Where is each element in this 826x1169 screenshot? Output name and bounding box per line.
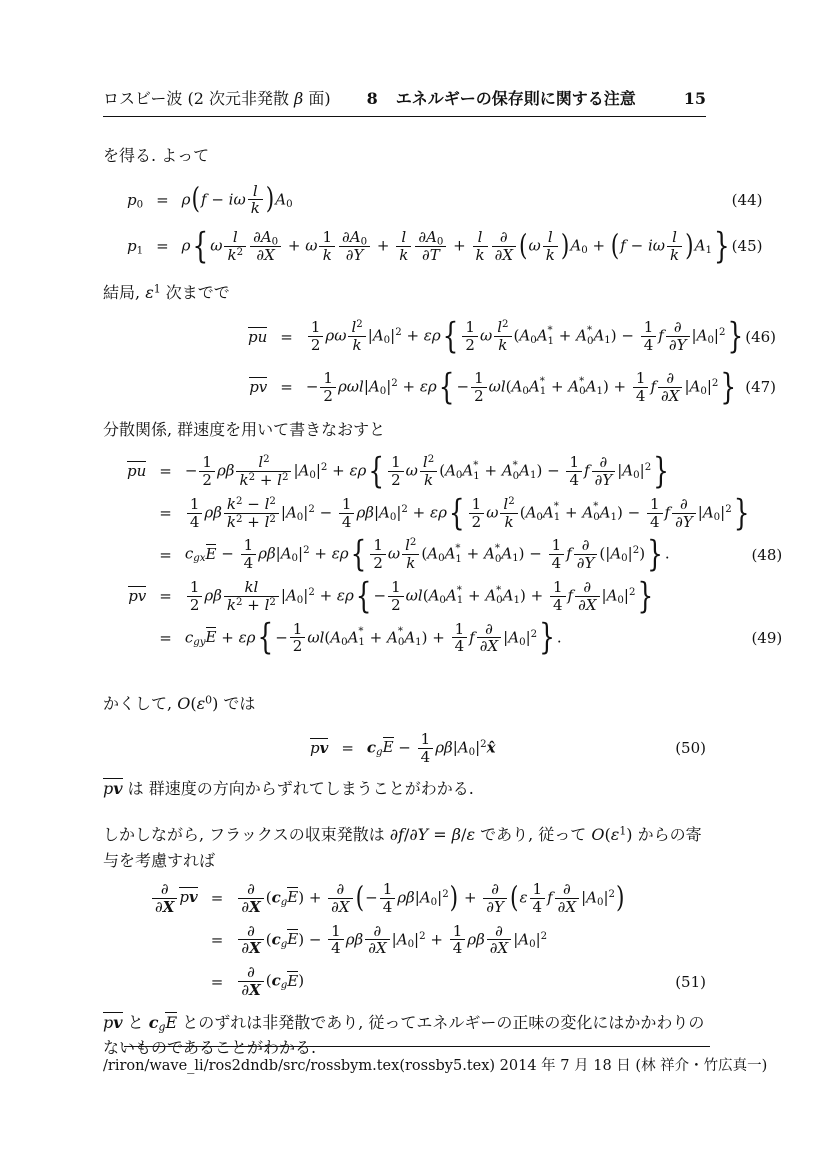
equation-relation: = [146, 460, 185, 482]
equation-rhs: ∂∂X(cgE) − 14ρβ∂∂X|A0|2 + 14ρβ∂∂X|A0|2 [236, 921, 675, 960]
equation-number: (47) [745, 376, 776, 398]
equation-number: (50) [675, 737, 706, 759]
equation-lhs: pv [248, 376, 267, 398]
equation-number: (51) [675, 971, 706, 993]
equation-rhs: ρ(f − iωlk)A0 [182, 181, 732, 220]
equation-number [675, 938, 706, 942]
equation-rhs: cgxE − 14ρβ|A0|2 + ερ{12ωl2k(A0A*1 + A*0… [185, 535, 752, 574]
equation-relation: = [143, 189, 182, 211]
equation-group-48-49: pu=−12ρβl2k2 + l2|A0|2 + ερ{12ωl2k(A0A*1… [127, 452, 706, 657]
equation-lhs: pu [127, 460, 146, 482]
equation-lhs: p0 [127, 189, 143, 211]
equation-rhs: −12ρωl|A0|2 + ερ{−12ωl(A0A*1 + A*0A1) + … [306, 368, 745, 407]
page-header: ロスビー波 (2 次元非発散 β 面) 8 エネルギーの保存則に関する注意 15 [103, 86, 706, 109]
equation-rhs: 14ρβk2 − l2k2 + l2|A0|2 − 14ρβ|A0|2 + ερ… [185, 494, 752, 533]
paragraph-however-flux: しかしながら, フラックスの収束発散は ∂f/∂Y = β/ε であり, 従って… [103, 822, 706, 873]
equation-lhs: pu [248, 326, 267, 348]
equation-rhs: cgyE + ερ{−12ωl(A0A*1 + A*0A1) + 14f∂∂X|… [185, 619, 752, 658]
equation-relation: = [146, 627, 185, 649]
page-number: 15 [684, 89, 706, 108]
equation-number: (45) [732, 235, 763, 257]
equation-lhs [127, 511, 146, 515]
paragraph-order-epsilon: 結局, ε1 次までで [103, 280, 706, 306]
paragraph-dispersion: 分散関係, 群速度を用いて書きなおすと [103, 417, 706, 443]
equation-lhs: pv [127, 585, 146, 607]
section-title: エネルギーの保存則に関する注意 [396, 86, 636, 109]
equation-relation: = [328, 737, 367, 759]
equation-number: (48) [751, 544, 782, 566]
equation-lhs [150, 980, 198, 984]
equation-number [751, 594, 782, 598]
paragraph-group-velocity: pv は 群速度の方向からずれてしまうことがわかる. [103, 776, 706, 802]
equation-relation: = [146, 585, 185, 607]
equation-relation: = [267, 376, 306, 398]
equation-relation: = [267, 326, 306, 348]
equation-rhs: ∂∂X(cgE) + ∂∂X(−14ρβ|A0|2) + ∂∂Y(ε14f∂∂X… [236, 879, 675, 918]
header-rule [103, 116, 706, 117]
equation-rhs: cgE − 14ρβ|A0|2x̂ [367, 729, 675, 768]
equation-group-51: ∂∂Xpv=∂∂X(cgE) + ∂∂X(−14ρβ|A0|2) + ∂∂Y(ε… [150, 879, 706, 1001]
equation-lhs [127, 636, 146, 640]
equation-lhs [150, 938, 198, 942]
equation-number: (44) [732, 189, 763, 211]
page-footer: /riron/wave_li/ros2dndb/src/rossbym.tex(… [103, 1046, 710, 1075]
equation-rhs: 12ρβklk2 + l2|A0|2 + ερ{−12ωl(A0A*1 + A*… [185, 577, 752, 616]
equation-number: (49) [751, 627, 782, 649]
section-number: 8 [367, 89, 378, 108]
equation-lhs [127, 553, 146, 557]
paragraph-thus-order0: かくして, O(ε0) では [103, 691, 706, 717]
equation-number: (46) [745, 326, 776, 348]
footer-rule [124, 1046, 710, 1047]
equation-relation: = [198, 971, 237, 993]
equation-rhs: ∂∂X(cgE) [236, 962, 675, 1001]
equation-relation: = [146, 544, 185, 566]
paragraph-intro: を得る. よって [103, 143, 706, 169]
running-title: ロスビー波 (2 次元非発散 β 面) [103, 86, 331, 109]
equation-number [751, 511, 782, 515]
equation-lhs: p1 [127, 235, 143, 257]
equation-rhs: −12ρβl2k2 + l2|A0|2 + ερ{12ωl2k(A0A*1 + … [185, 452, 752, 491]
equation-group-44-45: p0=ρ(f − iωlk)A0(44)p1=ρ{ωlk2∂A0∂X + ω1k… [127, 181, 706, 266]
equation-group-46-47: pu=12ρωl2k|A0|2 + ερ{12ωl2k(A0A*1 + A*0A… [248, 317, 706, 406]
equation-relation: = [143, 235, 182, 257]
equation-lhs: ∂∂Xpv [150, 879, 198, 918]
equation-50: pv=cgE − 14ρβ|A0|2x̂(50) [310, 729, 706, 768]
document-page: ロスビー波 (2 次元非発散 β 面) 8 エネルギーの保存則に関する注意 15… [0, 0, 826, 1169]
equation-rhs: 12ρωl2k|A0|2 + ερ{12ωl2k(A0A*1 + A*0A1) … [306, 317, 745, 356]
equation-relation: = [198, 887, 237, 909]
equation-lhs: pv [310, 737, 328, 759]
footer-text: /riron/wave_li/ros2dndb/src/rossbym.tex(… [103, 1054, 710, 1075]
equation-number [675, 896, 706, 900]
equation-relation: = [146, 502, 185, 524]
equation-relation: = [198, 929, 237, 951]
equation-rhs: ρ{ωlk2∂A0∂X + ω1k∂A0∂Y + lk∂A0∂T + lk∂∂X… [182, 227, 732, 266]
equation-number [751, 469, 782, 473]
